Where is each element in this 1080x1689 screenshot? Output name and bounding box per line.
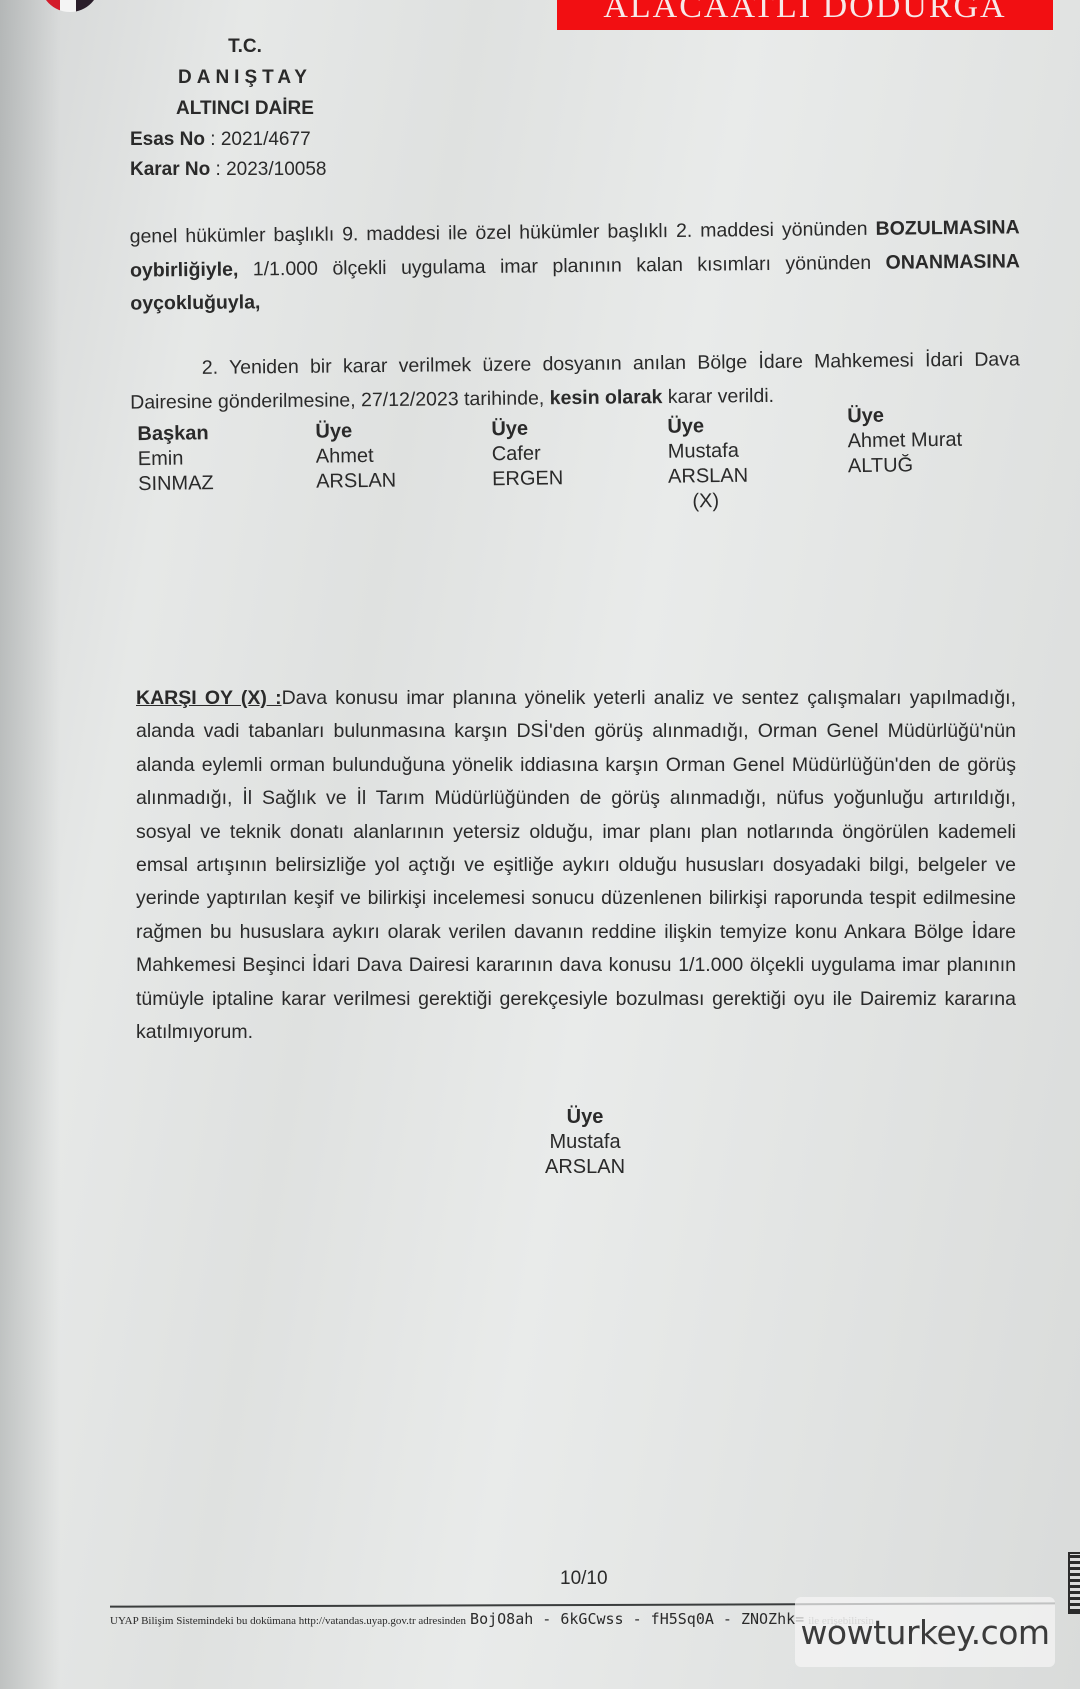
signature-block: BaşkanEminSINMAZ ÜyeAhmetARSLAN ÜyeCafer… — [137, 410, 1018, 532]
dissent-label: KARŞI OY (X) : — [136, 687, 282, 709]
signer: BaşkanEminSINMAZ — [137, 421, 214, 497]
uyap-footer: UYAP Bilişim Sistemindeki bu dokümana ht… — [110, 1610, 874, 1628]
page-shadow — [0, 0, 60, 1689]
decision-paragraph: genel hükümler başlıklı 9. maddesi ile ö… — [129, 211, 1020, 321]
signer: ÜyeCaferERGEN — [491, 416, 563, 492]
dissent-text: Dava konusu imar planına yönelik yeterli… — [136, 687, 1016, 1043]
esas-number: Esas No : 2021/4677 — [130, 129, 360, 151]
karar-number: Karar No : 2023/10058 — [130, 159, 360, 181]
access-code: BojO8ah - 6kGCwss - fH5Sq0A - ZNOZhk= — [470, 1610, 804, 1628]
watermark: wowturkey.com — [795, 1597, 1055, 1667]
chamber-label: ALTINCI DAİRE — [130, 98, 360, 120]
site-banner: ALACAATLI DODURGA — [557, 0, 1053, 30]
dissent-signature: Üye Mustafa ARSLAN — [545, 1105, 625, 1180]
signer-dissenting: ÜyeMustafaARSLAN(X) — [667, 414, 748, 515]
signer: ÜyeAhmetARSLAN — [315, 419, 396, 495]
signer: ÜyeAhmet MuratALTUĞ — [847, 403, 963, 480]
country-label: T.C. — [130, 36, 360, 58]
institution-label: DANIŞTAY — [130, 67, 360, 89]
document-header: T.C. DANIŞTAY ALTINCI DAİRE Esas No : 20… — [130, 36, 360, 189]
page-number: 10/10 — [560, 1568, 608, 1590]
qr-code-icon — [1068, 1552, 1080, 1614]
dissent-opinion: KARŞI OY (X) :Dava konusu imar planına y… — [136, 682, 1016, 1049]
